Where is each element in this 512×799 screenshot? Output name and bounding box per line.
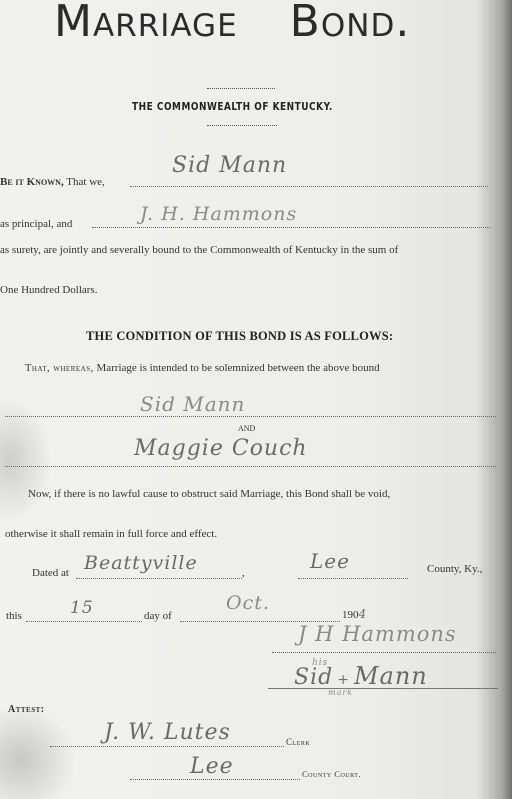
surety-text: as surety, are jointly and severally bou… xyxy=(0,244,398,256)
bride-name-line xyxy=(5,466,496,467)
groom-name-handwritten: Sid Mann xyxy=(140,392,245,416)
title-divider-top xyxy=(207,88,275,89)
document-title: Marriage Bond. xyxy=(54,0,410,47)
signature-last-name: Mann xyxy=(354,662,428,690)
principal-name-line xyxy=(130,186,488,187)
place-handwritten: Beattyville xyxy=(84,552,198,574)
principal-name-handwritten: Sid Mann xyxy=(172,153,287,178)
that-we-label: That we, xyxy=(66,176,104,188)
county-handwritten: Lee xyxy=(310,549,350,573)
whereas-line: That, whereas, Marriage is intended to b… xyxy=(25,362,380,374)
year-prefix: 190 xyxy=(342,609,359,621)
attest-label: Attest: xyxy=(8,704,45,715)
principal-signature-line xyxy=(268,688,498,689)
signature-mark-cross: + xyxy=(337,672,350,688)
be-it-known-line: Be it Known, That we, xyxy=(0,176,105,188)
amount-text: One Hundred Dollars. xyxy=(0,284,97,296)
clerk-line xyxy=(50,746,284,747)
title-bond: Bond. xyxy=(290,0,411,47)
clerk-label: Clerk xyxy=(286,737,310,747)
county-line xyxy=(298,578,408,579)
clerk-county-handwritten: Lee xyxy=(190,754,234,779)
signature-first-name: Sid xyxy=(294,665,333,690)
clerk-signature: J. W. Lutes xyxy=(104,720,231,745)
surety-signature-line xyxy=(272,652,496,653)
be-it-known-label: Be it Known, xyxy=(0,176,64,188)
condition-heading: THE CONDITION OF THIS BOND IS AS FOLLOWS… xyxy=(86,329,393,344)
county-ky-label: County, Ky., xyxy=(427,563,482,575)
marriage-bond-document: Marriage Bond. THE COMMONWEALTH OF KENTU… xyxy=(0,0,512,799)
county-court-line xyxy=(130,779,300,780)
jurisdiction-heading: THE COMMONWEALTH OF KENTUCKY. xyxy=(132,100,333,113)
dated-at-label: Dated at xyxy=(32,567,69,579)
title-divider-bottom xyxy=(207,125,277,126)
surety-signature: J H Hammons xyxy=(298,622,457,646)
void-text: Now, if there is no lawful cause to obst… xyxy=(28,488,390,500)
mark-label: mark xyxy=(328,688,353,697)
comma: , xyxy=(242,567,245,579)
and-label: AND xyxy=(238,424,255,433)
bride-name-handwritten: Maggie Couch xyxy=(134,436,308,461)
this-label: this xyxy=(6,610,22,622)
year-suffix-handwritten: 4 xyxy=(359,607,368,621)
place-line xyxy=(76,578,242,579)
his-label: his xyxy=(312,658,328,668)
whereas-label: That, whereas, xyxy=(25,363,94,374)
principal-label: as principal, and xyxy=(0,218,72,230)
title-marriage: Marriage xyxy=(54,0,238,47)
day-line xyxy=(26,621,142,622)
month-handwritten: Oct. xyxy=(226,592,270,614)
surety-name-handwritten: J. H. Hammons xyxy=(140,203,297,225)
day-of-label: day of xyxy=(144,610,172,622)
whereas-text: Marriage is intended to be solemnized be… xyxy=(96,362,379,374)
day-handwritten: 15 xyxy=(70,598,94,618)
county-court-label: County Court. xyxy=(302,769,361,779)
year-field: 1904 xyxy=(342,607,367,621)
otherwise-text: otherwise it shall remain in full force … xyxy=(5,528,217,540)
groom-name-line xyxy=(5,416,496,417)
surety-name-line xyxy=(92,227,490,228)
